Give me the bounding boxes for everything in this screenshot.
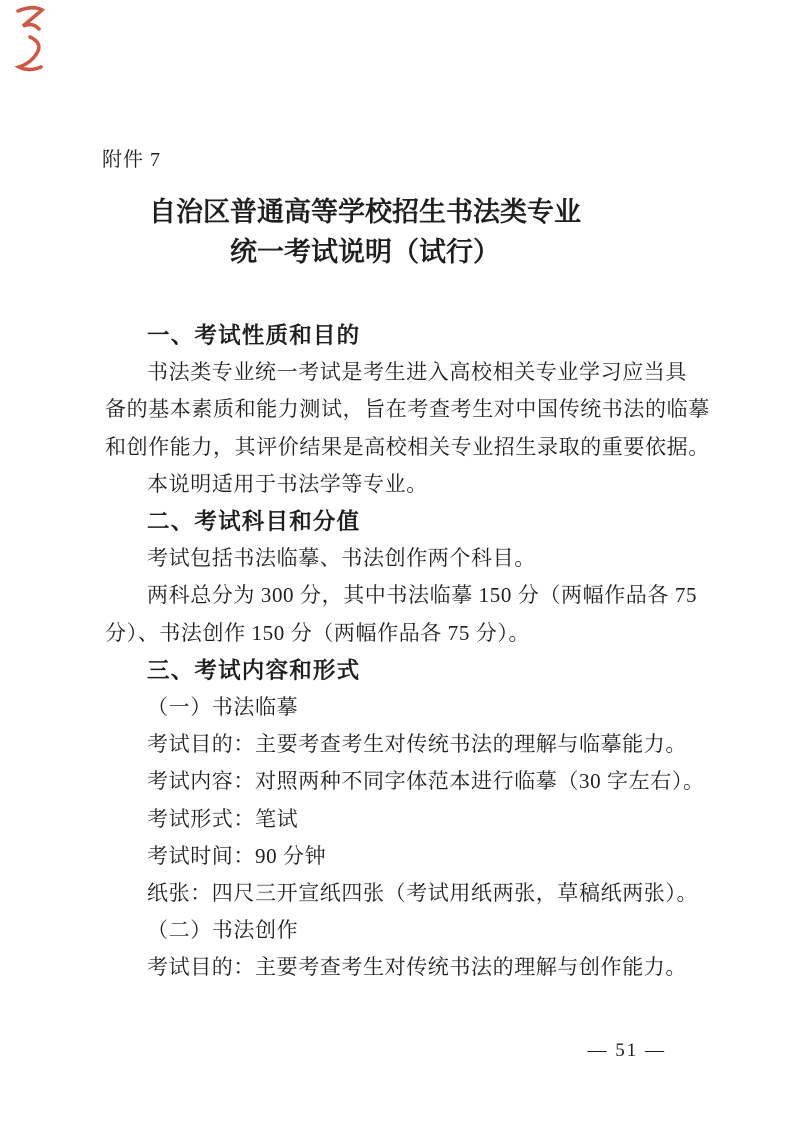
- subsection-1-heading: （一）书法临摹: [105, 689, 718, 726]
- body-line: 考试内容：对照两种不同字体范本进行临摹（30 字左右）。: [105, 763, 718, 800]
- section-1-heading: 一、考试性质和目的: [105, 317, 718, 354]
- title-line-2: 统一考试说明（试行）: [59, 233, 671, 273]
- document-body: 一、考试性质和目的 书法类专业统一考试是考生进入高校相关专业学习应当具 备的基本…: [105, 317, 718, 987]
- red-pen-scribble: [8, 3, 52, 77]
- body-line: 纸张：四尺三开宣纸四张（考试用纸两张，草稿纸两张）。: [105, 875, 718, 912]
- body-line: 备的基本素质和能力测试，旨在考查考生对中国传统书法的临摹: [105, 391, 718, 428]
- body-line: 分）、书法创作 150 分（两幅作品各 75 分）。: [105, 615, 718, 652]
- section-2-heading: 二、考试科目和分值: [105, 503, 718, 540]
- document-page: 附件 7 自治区普通高等学校招生书法类专业 统一考试说明（试行） 一、考试性质和…: [0, 0, 794, 1123]
- body-line: 和创作能力，其评价结果是高校相关专业招生录取的重要依据。: [105, 429, 718, 466]
- title-line-1: 自治区普通高等学校招生书法类专业: [59, 193, 671, 233]
- body-line: 考试目的：主要考查考生对传统书法的理解与创作能力。: [105, 949, 718, 986]
- body-line: 本说明适用于书法学等专业。: [105, 466, 718, 503]
- body-line: 书法类专业统一考试是考生进入高校相关专业学习应当具: [105, 354, 718, 391]
- body-line: 考试包括书法临摹、书法创作两个科目。: [105, 540, 718, 577]
- body-line: 两科总分为 300 分，其中书法临摹 150 分（两幅作品各 75: [105, 577, 718, 614]
- body-line: 考试目的：主要考查考生对传统书法的理解与临摹能力。: [105, 726, 718, 763]
- subsection-2-heading: （二）书法创作: [105, 912, 718, 949]
- body-line: 考试时间：90 分钟: [105, 838, 718, 875]
- attachment-label: 附件 7: [102, 143, 161, 172]
- body-line: 考试形式：笔试: [105, 801, 718, 838]
- page-number: — 51 —: [588, 1040, 667, 1062]
- document-title: 自治区普通高等学校招生书法类专业 统一考试说明（试行）: [59, 193, 671, 272]
- section-3-heading: 三、考试内容和形式: [105, 652, 718, 689]
